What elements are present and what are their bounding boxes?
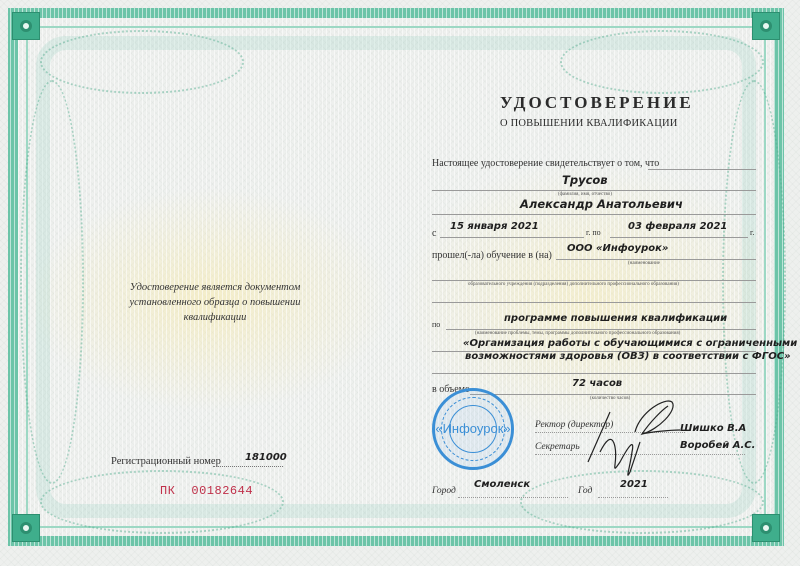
document-status-note: Удостоверение является документом устано… xyxy=(100,280,330,325)
serial-digits: 00182644 xyxy=(191,484,253,498)
underline xyxy=(432,373,756,374)
city-label: Город xyxy=(432,486,456,496)
registration-number-label: Регистрационный номер xyxy=(111,456,221,467)
corner-ornament-icon xyxy=(12,514,40,542)
intro-text: Настоящее удостоверение свидетельствует … xyxy=(432,158,659,169)
guilloche-wave xyxy=(20,80,84,484)
underline xyxy=(446,329,756,330)
guilloche-wave xyxy=(40,470,284,534)
city-value: Смоленск xyxy=(474,479,530,490)
guilloche-wave xyxy=(40,30,244,94)
program-prefix: по xyxy=(432,320,440,329)
secretary-name: Воробей А.С. xyxy=(680,440,755,451)
corner-ornament-icon xyxy=(752,514,780,542)
note-line-2: установленного образца о повышении квали… xyxy=(100,295,330,325)
secretary-label: Секретарь xyxy=(535,442,580,452)
period-to-date: 03 февраля 2021 xyxy=(628,221,727,232)
underline xyxy=(432,214,756,215)
training-label: прошел(-ла) обучение в (на) xyxy=(432,250,552,261)
underline xyxy=(458,497,568,498)
corner-ornament-icon xyxy=(752,12,780,40)
last-name: Трусов xyxy=(562,173,608,187)
period-to-prefix: г. по xyxy=(586,228,601,237)
corner-ornament-icon xyxy=(12,12,40,40)
serial-number: ПК00182644 xyxy=(160,484,253,498)
period-from-prefix: с xyxy=(432,228,436,239)
registration-number-value: 181000 xyxy=(245,452,287,463)
institution-name: ООО «Инфоурок» xyxy=(567,243,668,254)
underline xyxy=(432,280,756,281)
institution-caption: (наименование xyxy=(628,261,660,266)
underline xyxy=(432,302,756,303)
stamp-text: «Инфоурок» xyxy=(435,421,511,436)
serial-series: ПК xyxy=(160,484,175,498)
program-caption: (наименование проблемы, темы, программы … xyxy=(475,331,680,336)
note-line-1: Удостоверение является документом xyxy=(100,280,330,295)
guilloche-wave xyxy=(560,30,764,94)
institution-caption-2: образовательного учреждения (подразделен… xyxy=(468,282,679,287)
underline xyxy=(440,237,584,238)
first-middle-name: Александр Анатольевич xyxy=(520,197,683,211)
program-name-line-1: «Организация работы с обучающимися с огр… xyxy=(463,338,797,349)
period-from-date: 15 января 2021 xyxy=(450,221,539,232)
underline xyxy=(556,259,756,260)
underline xyxy=(648,169,756,170)
underline xyxy=(598,497,668,498)
underline xyxy=(610,237,748,238)
underline xyxy=(432,190,756,191)
period-suffix: г. xyxy=(750,228,754,237)
certificate-page: Удостоверение является документом устано… xyxy=(0,0,800,566)
certificate-subtitle: О ПОВЫШЕНИИ КВАЛИФИКАЦИИ xyxy=(500,118,678,129)
official-stamp: «Инфоурок» xyxy=(432,388,514,470)
registration-number-line xyxy=(213,466,283,467)
volume-value: 72 часов xyxy=(572,378,622,389)
program-type: программе повышения квалификации xyxy=(504,313,727,324)
program-name-line-2: возможностями здоровья (ОВЗ) в соответст… xyxy=(465,351,791,362)
certificate-title: УДОСТОВЕРЕНИЕ xyxy=(500,93,694,113)
director-signature-icon xyxy=(580,392,690,492)
